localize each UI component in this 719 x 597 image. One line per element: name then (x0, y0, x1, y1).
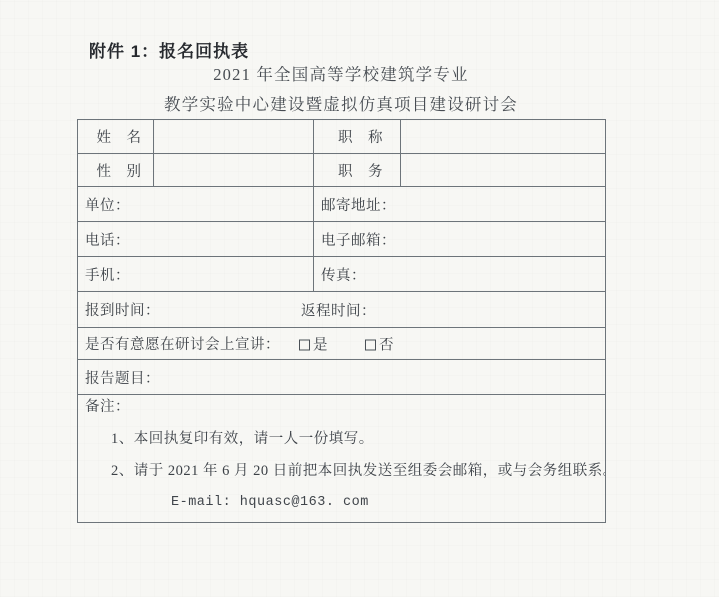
checkin-time-label: 报到时间： (85, 303, 160, 319)
gender-value-cell (154, 154, 314, 187)
row-gender-position: 性 别 职 务 (78, 154, 606, 187)
phone-cell: 电话： (78, 222, 314, 257)
speak-yes-option: 是 (299, 333, 328, 354)
mailing-address-label: 邮寄地址： (321, 198, 396, 214)
gender-label: 性 别 (78, 154, 154, 187)
registration-form-table: 姓 名 职 称 性 别 职 务 单位： 邮寄地址： 电话： 电子邮箱： 手机： … (77, 119, 606, 523)
speak-no-label: 否 (379, 337, 394, 353)
row-times: 报到时间： 返程时间： (78, 292, 606, 328)
times-cell: 报到时间： 返程时间： (78, 292, 606, 328)
unit-label: 单位： (85, 198, 130, 214)
row-mobile-fax: 手机： 传真： (78, 257, 606, 292)
speak-yes-label: 是 (313, 337, 328, 353)
speak-cell: 是否有意愿在研讨会上宣讲： 是 否 (78, 328, 606, 360)
job-title-value-cell (401, 120, 606, 154)
scanned-document-page: 附件 1：报名回执表 2021 年全国高等学校建筑学专业 教学实验中心建设暨虚拟… (0, 0, 719, 597)
row-report-title: 报告题目： (78, 360, 606, 395)
checkbox-yes-icon (299, 339, 310, 350)
remarks-note-1: 1、本回执复印有效，请一人一份填写。 (111, 427, 605, 448)
email-cell: 电子邮箱： (314, 222, 606, 257)
row-speak: 是否有意愿在研讨会上宣讲： 是 否 (78, 328, 606, 360)
position-label: 职 务 (314, 154, 401, 187)
row-name-jobtitle: 姓 名 职 称 (78, 120, 606, 154)
unit-cell: 单位： (78, 187, 314, 222)
remarks-email: E-mail: hquasc@163. com (171, 495, 605, 510)
document-title-line1: 2021 年全国高等学校建筑学专业 (77, 61, 605, 85)
remarks-note-2: 2、请于 2021 年 6 月 20 日前把本回执发送至组委会邮箱，或与会务组联… (111, 459, 605, 480)
remarks-label: 备注： (85, 395, 605, 416)
mailing-address-cell: 邮寄地址： (314, 187, 606, 222)
mobile-cell: 手机： (78, 257, 314, 292)
fax-label: 传真： (321, 268, 366, 284)
position-value-cell (401, 154, 606, 187)
mobile-label: 手机： (85, 268, 130, 284)
attachment-heading: 附件 1：报名回执表 (89, 37, 249, 62)
fax-cell: 传真： (314, 257, 606, 292)
phone-label: 电话： (85, 233, 130, 249)
report-title-label: 报告题目： (85, 371, 160, 387)
return-time-label: 返程时间： (301, 299, 376, 320)
document-title-line2: 教学实验中心建设暨虚拟仿真项目建设研讨会 (77, 91, 605, 115)
email-label: 电子邮箱： (321, 233, 396, 249)
speak-question-label: 是否有意愿在研讨会上宣讲： (85, 337, 280, 353)
job-title-label: 职 称 (314, 120, 401, 154)
row-unit-address: 单位： 邮寄地址： (78, 187, 606, 222)
report-title-cell: 报告题目： (78, 360, 606, 395)
row-phone-email: 电话： 电子邮箱： (78, 222, 606, 257)
name-value-cell (154, 120, 314, 154)
speak-no-option: 否 (365, 333, 394, 354)
checkbox-no-icon (365, 339, 376, 350)
row-remarks: 备注： 1、本回执复印有效，请一人一份填写。 2、请于 2021 年 6 月 2… (78, 395, 606, 523)
remarks-cell: 备注： 1、本回执复印有效，请一人一份填写。 2、请于 2021 年 6 月 2… (78, 395, 606, 523)
name-label: 姓 名 (78, 120, 154, 154)
